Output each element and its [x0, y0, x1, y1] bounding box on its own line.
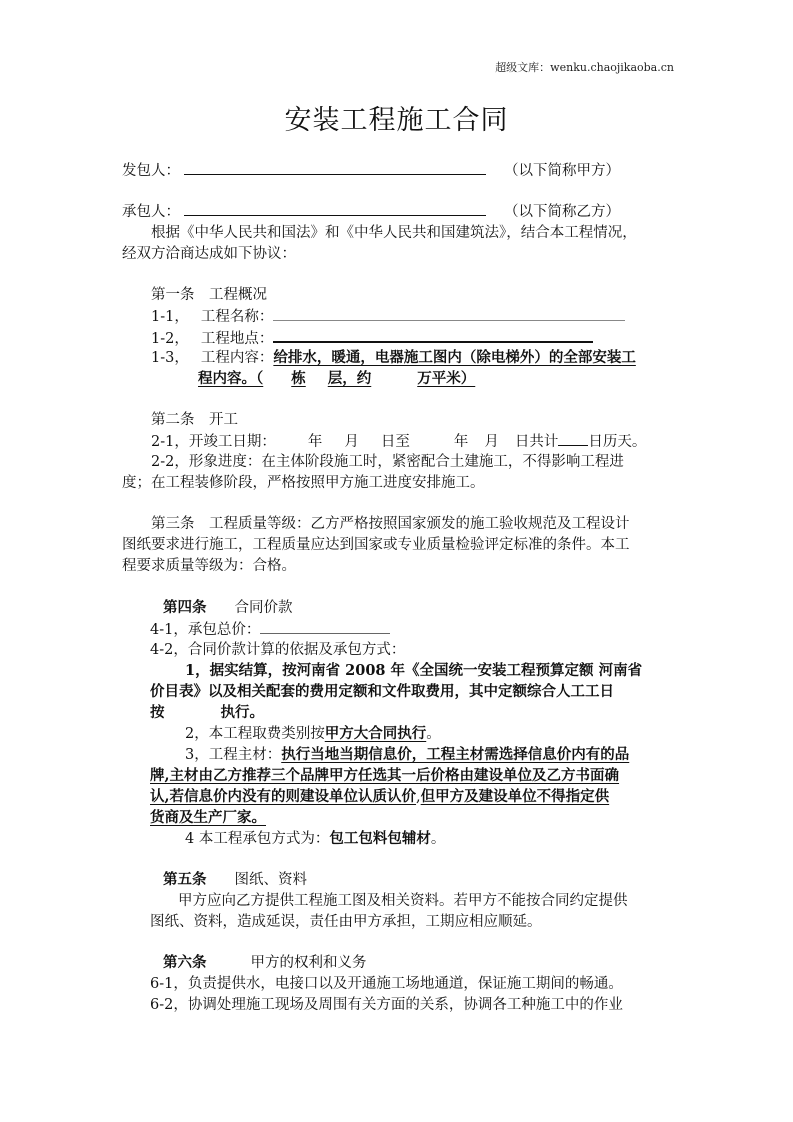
item-number: 1-1， [151, 309, 189, 325]
article-2-item-2-line-2: 度；在工程装修阶段，严格按照甲方施工进度安排施工。 [122, 473, 485, 493]
article-5-heading: 第五条图纸、资料 [163, 870, 307, 890]
preamble-line-2: 经双方洽商达成如下协议： [122, 244, 296, 264]
main-material-text: 认,若信息价内没有的则建设单位认质认价 [150, 788, 416, 805]
article-number: 第六条 [163, 954, 207, 971]
end-year: 年 [454, 434, 469, 450]
punct: 。 [426, 726, 441, 742]
article-4-p1-line-1: 1，据实结算，按河南省 2008 年《全国统一安装工程预算定额 河南省 [185, 661, 642, 681]
article-1-item-1: 1-1，工程名称： [151, 306, 625, 327]
main-material-label: 3，工程主材： [185, 747, 281, 763]
article-5-line-1: 甲方应向乙方提供工程施工图及相关资料。若甲方不能按合同约定提供 [178, 891, 628, 911]
project-name-field[interactable] [273, 306, 625, 321]
article-3-line-1: 第三条 工程质量等级：乙方严格按照国家颁发的施工验收规范及工程设计 [151, 514, 630, 534]
scope-text: 程内容。（ [198, 370, 263, 387]
article-6-item-2: 6-2，协调处理施工现场及周围有关方面的关系，协调各工种施工中的作业 [150, 995, 623, 1015]
punct: 。 [431, 831, 446, 847]
article-number: 第四条 [163, 599, 207, 616]
article-4-p2: 2，本工程取费类别按甲方大合同执行。 [185, 724, 441, 744]
start-day: 日至 [381, 434, 410, 450]
buildings-unit: 栋 [291, 370, 306, 387]
article-1-item-3: 1-3，工程内容：给排水，暖通，电器施工图内（除电梯外）的全部安装工 [151, 348, 636, 368]
execute-label: 执行。 [221, 704, 265, 721]
party-b-field[interactable] [184, 201, 486, 216]
total-price-label: 4-1，承包总价： [150, 622, 260, 638]
start-year: 年 [308, 434, 323, 450]
project-location-field[interactable] [273, 327, 593, 343]
start-month: 月 [344, 434, 359, 450]
article-4-item-1: 4-1，承包总价： [150, 619, 390, 640]
party-a-field[interactable] [184, 160, 486, 175]
article-title: 合同价款 [235, 600, 293, 616]
article-4-p3-line-3: 认,若信息价内没有的则建设单位认质认价,但甲方及建设单位不得指定供 [150, 787, 609, 807]
calendar-days-label: 日历天。 [588, 434, 646, 450]
article-4-p3-line-2: 牌,主材由乙方推荐三个品牌甲方任选其一后价格由建设单位及乙方书面确 [150, 766, 619, 786]
item-label: 工程地点： [201, 331, 274, 347]
area-unit: 万平米） [417, 370, 475, 387]
party-a-note: （以下简称甲方） [504, 163, 620, 179]
article-1-item-2: 1-2，工程地点： [151, 327, 593, 349]
item-label: 工程名称： [201, 309, 274, 325]
end-day: 日共计 [515, 434, 559, 450]
party-a-line: 发包人：（以下简称甲方） [122, 160, 620, 181]
article-4-item-2: 4-2，合同价款计算的依据及承包方式： [150, 640, 405, 660]
total-price-field[interactable] [260, 619, 390, 634]
main-material-text: 执行当地当期信息价，工程主材需选择信息价内有的品 [281, 746, 629, 763]
total-days-field[interactable] [558, 431, 588, 446]
article-1-item-3-cont: 程内容。（栋层，约万平米） [198, 369, 475, 389]
article-1-heading: 第一条 工程概况 [151, 285, 267, 305]
item-number: 1-2， [151, 331, 189, 347]
contract-method-label: 4 本工程承包方式为： [185, 831, 329, 847]
floors-unit: 层，约 [328, 370, 372, 387]
article-2-item-2-line-1: 2-2，形象进度：在主体阶段施工时，紧密配合土建施工，不得影响工程进 [151, 452, 624, 472]
watermark: 超级文库：wenku.chaojikaoba.cn [495, 59, 674, 75]
article-title: 甲方的权利和义务 [251, 955, 367, 971]
article-4-p1-line-3: 按执行。 [150, 703, 264, 723]
main-material-text: 但甲方及建设单位不得指定供 [421, 788, 610, 805]
article-4-p3-line-4: 货商及生产厂家。 [150, 808, 266, 828]
article-3-line-2: 图纸要求进行施工，工程质量应达到国家或专业质量检验评定标准的条件。本工 [122, 535, 630, 555]
article-3-line-3: 程要求质量等级为：合格。 [122, 556, 296, 576]
date-label: 2-1，开竣工日期： [151, 434, 276, 450]
labor-rate-label: 按 [150, 704, 165, 721]
article-4-p3-line-1: 3，工程主材：执行当地当期信息价，工程主材需选择信息价内有的品 [185, 745, 629, 765]
article-6-heading: 第六条甲方的权利和义务 [163, 953, 367, 973]
party-b-note: （以下简称乙方） [504, 204, 620, 220]
article-2-heading: 第二条 开工 [151, 410, 238, 430]
article-title: 图纸、资料 [235, 872, 308, 888]
article-4-p1-line-2: 价目表》以及相关配套的费用定额和文件取费用，其中定额综合人工工日 [150, 682, 614, 702]
item-number: 1-3， [151, 350, 189, 366]
fee-category-label: 2，本工程取费类别按 [185, 726, 325, 742]
preamble-line-1: 根据《中华人民共和国法》和《中华人民共和国建筑法》，结合本工程情况， [151, 223, 637, 243]
document-page: 超级文库：wenku.chaojikaoba.cn 安装工程施工合同 发包人：（… [0, 0, 793, 1122]
article-6-item-1: 6-1，负责提供水，电接口以及开通施工场地通道，保证施工期间的畅通。 [150, 974, 623, 994]
party-a-label: 发包人： [122, 163, 180, 179]
item-label: 工程内容： [201, 350, 274, 366]
party-b-label: 承包人： [122, 204, 180, 220]
article-5-line-2: 图纸、资料，造成延误，责任由甲方承担，工期应相应顺延。 [150, 912, 542, 932]
article-4-p4: 4 本工程承包方式为：包工包料包辅材。 [185, 829, 445, 849]
fee-category-value: 甲方大合同执行 [325, 725, 427, 742]
party-b-line: 承包人：（以下简称乙方） [122, 201, 620, 222]
document-title: 安装工程施工合同 [0, 98, 793, 137]
contract-method-value: 包工包料包辅材 [329, 830, 431, 847]
article-2-item-1: 2-1，开竣工日期：年月日至年月日共计日历天。 [151, 431, 646, 452]
article-4-heading: 第四条合同价款 [163, 598, 293, 618]
project-scope-text: 给排水，暖通，电器施工图内（除电梯外）的全部安装工 [273, 349, 636, 366]
article-number: 第五条 [163, 871, 207, 888]
end-month: 月 [484, 434, 499, 450]
